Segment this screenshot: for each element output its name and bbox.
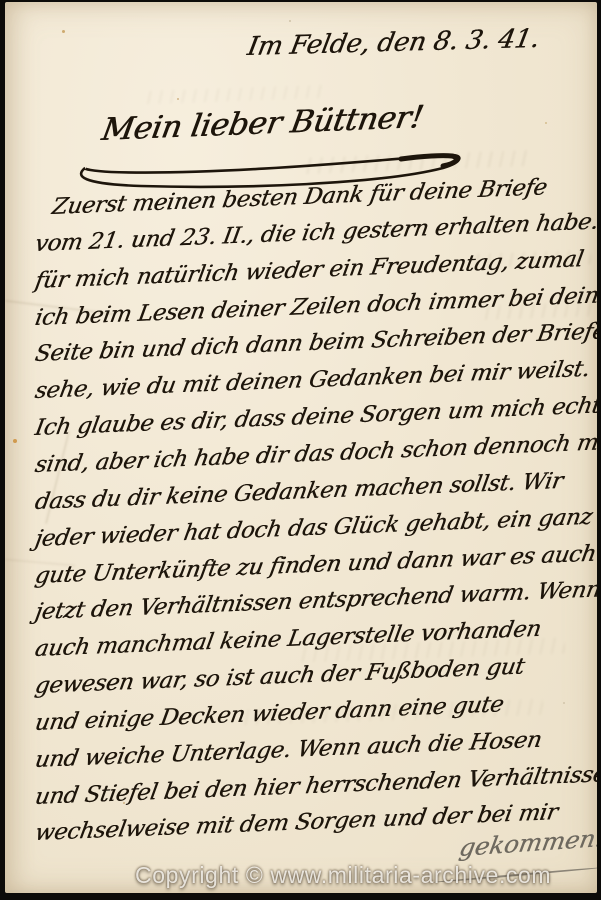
letter-photo: { "photo": { "watermark_text": "Copyrigh… (0, 0, 601, 900)
paper-speck (62, 30, 65, 33)
letter-paper: Im Felde, den 8. 3. 41. Mein lieber Bütt… (5, 2, 597, 893)
bleedthrough-mark (145, 85, 325, 104)
paper-speck (289, 20, 291, 22)
paper-speck (177, 98, 179, 100)
dateline: Im Felde, den 8. 3. 41. (245, 24, 542, 62)
pencil-note: gekommen. (457, 824, 597, 862)
photo-border: Im Felde, den 8. 3. 41. Mein lieber Bütt… (0, 0, 601, 900)
paper-speck (13, 439, 17, 443)
body-line: gewesen war, so ist auch der Fußboden gu… (33, 654, 526, 699)
paper-speck (545, 122, 547, 124)
paper-speck (563, 702, 565, 704)
salutation: Mein lieber Büttner! (99, 99, 426, 148)
body-line: und einige Decken wieder dann eine gute (33, 691, 506, 736)
copyright-watermark: Copyright © www.militaria-archive.com (135, 862, 551, 889)
